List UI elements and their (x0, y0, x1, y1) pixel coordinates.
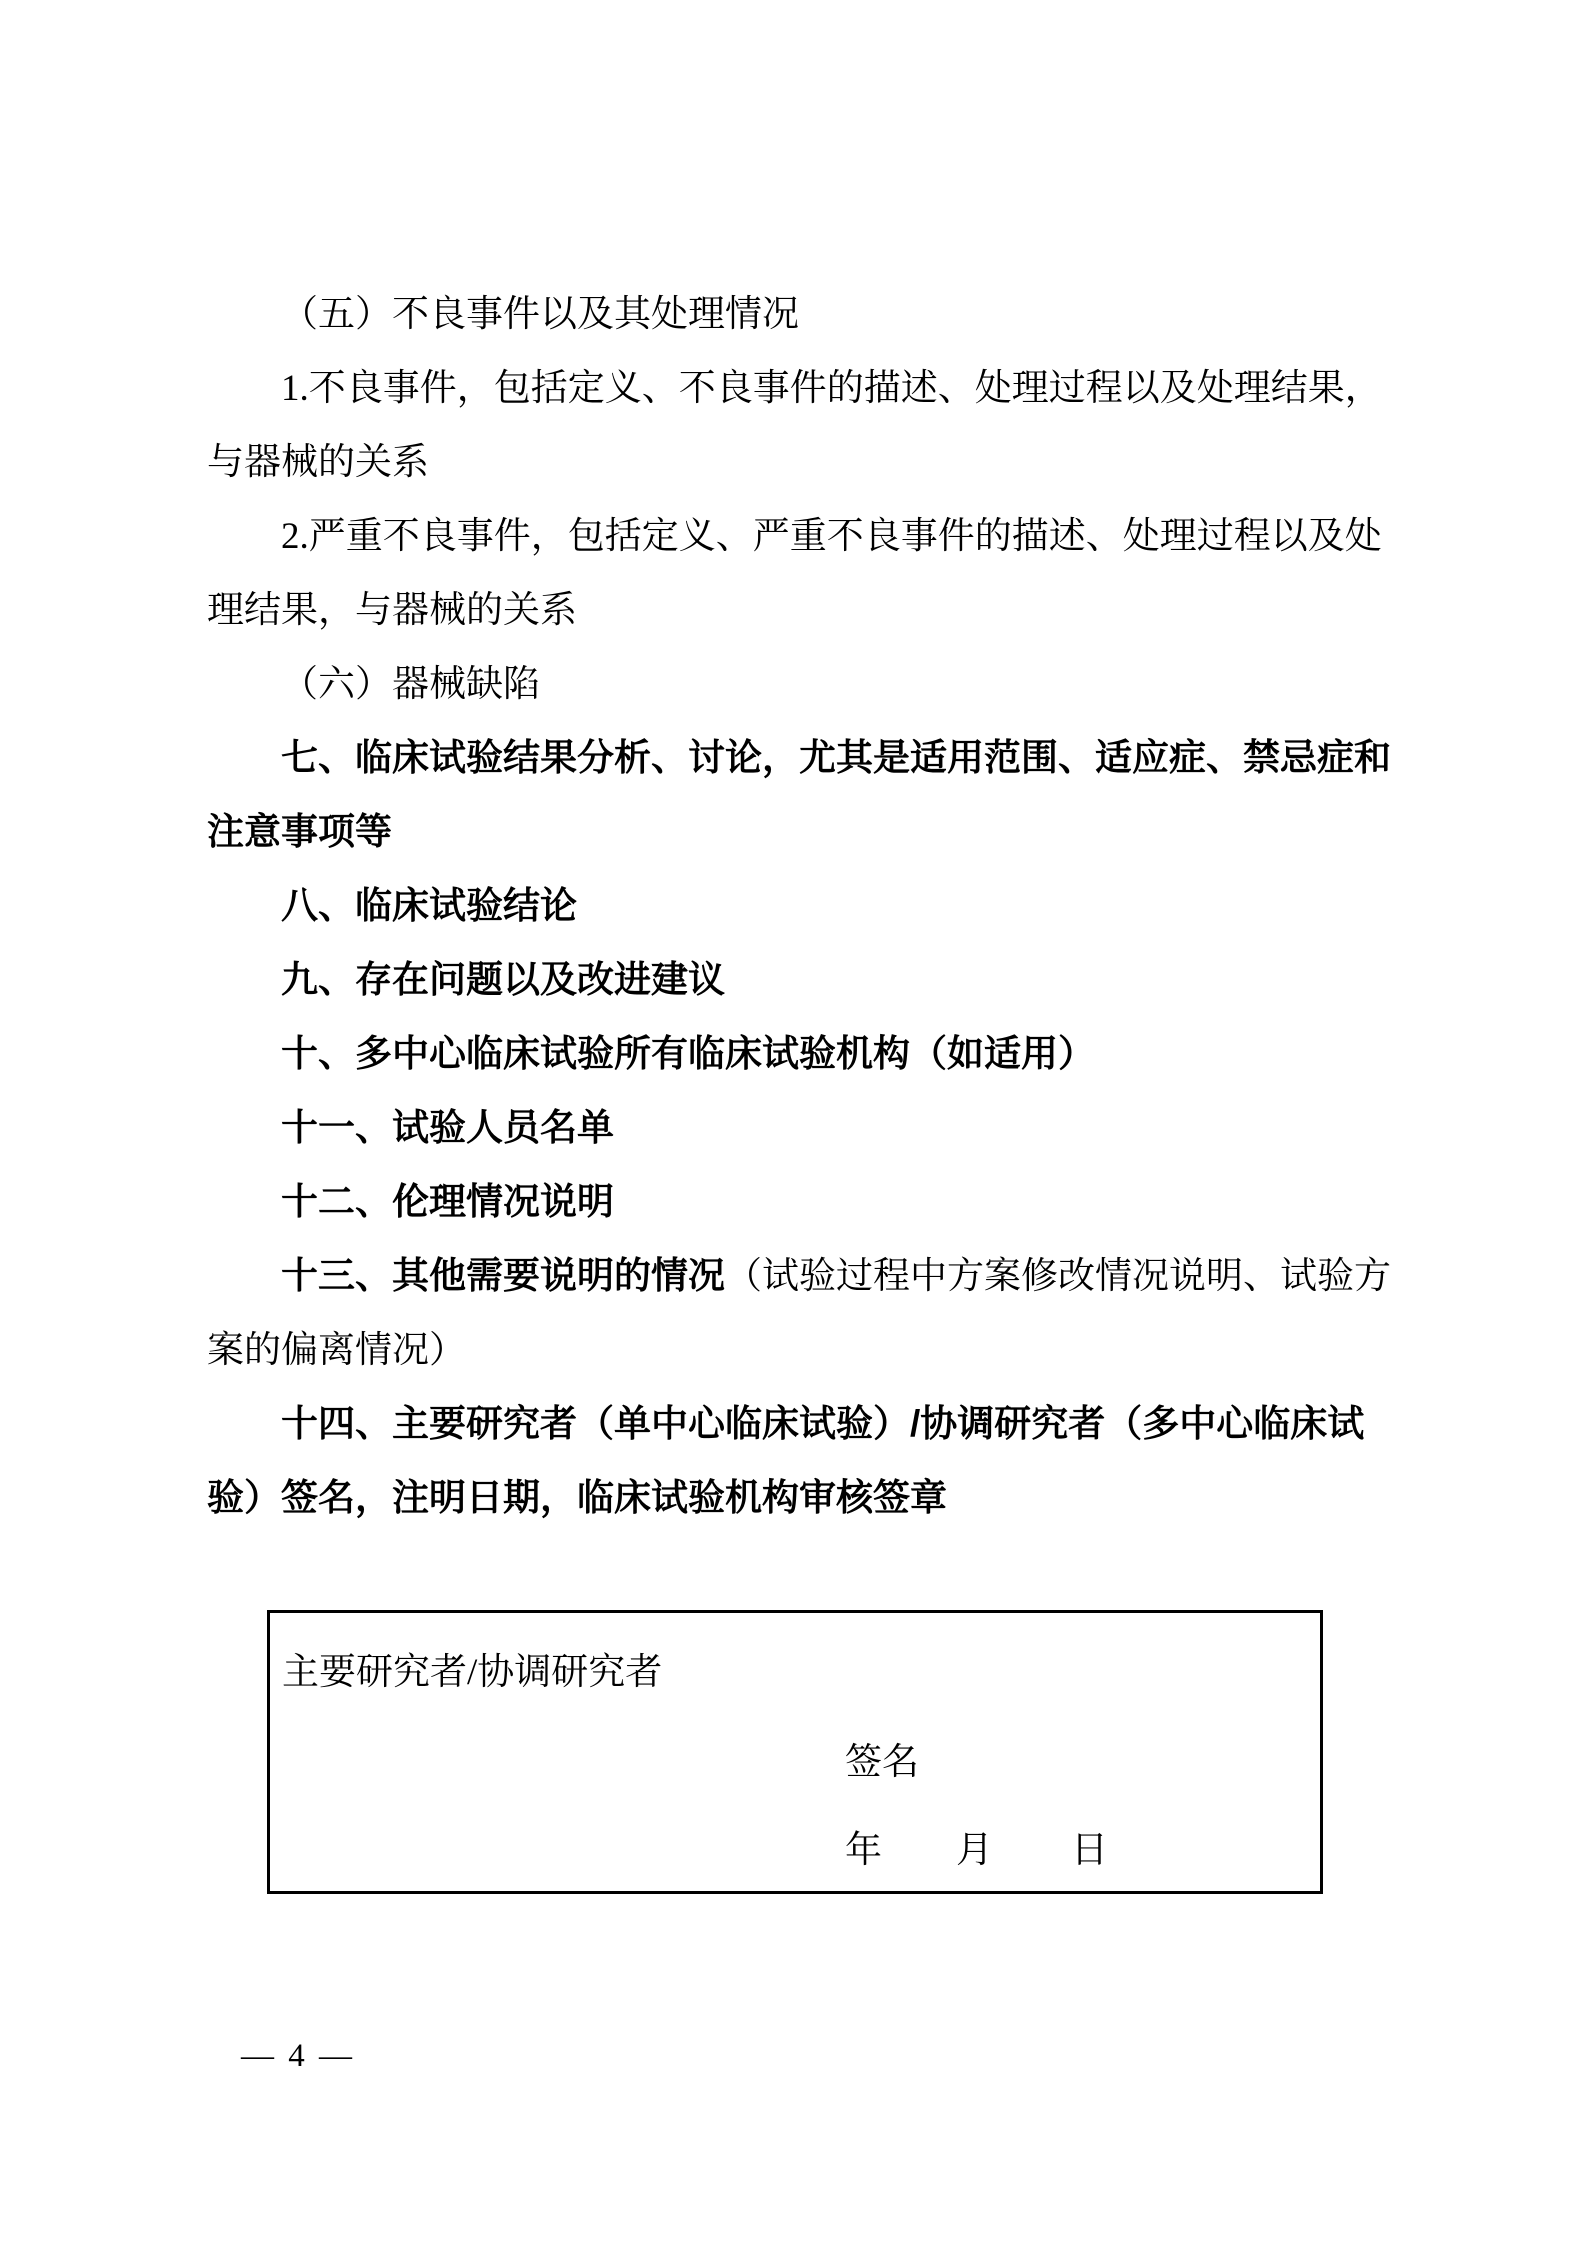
year-label: 年 (845, 1819, 882, 1873)
sae-paragraph-line-1: 2.严重不良事件，包括定义、严重不良事件的描述、处理过程以及处 (207, 495, 1455, 569)
section-7-heading-line-1: 七、临床试验结果分析、讨论，尤其是适用范围、适应症、禁忌症和 (207, 717, 1455, 791)
signature-label: 签名 (845, 1731, 919, 1785)
section-12-heading-line: 十二、伦理情况说明 (207, 1161, 1455, 1235)
principal-investigator-label: 主要研究者/协调研究者 (282, 1641, 662, 1695)
signature-box: 主要研究者/协调研究者 签名 年 月 日 (267, 1610, 1323, 1894)
section-6-heading-line: （六）器械缺陷 (207, 643, 1455, 717)
document-body: （五）不良事件以及其处理情况 1.不良事件，包括定义、不良事件的描述、处理过程以… (207, 273, 1455, 1531)
section-13-heading-bold-text: 十三、其他需要说明的情况 (281, 1245, 725, 1299)
ae-paragraph-line-1: 1.不良事件，包括定义、不良事件的描述、处理过程以及处理结果， (207, 347, 1455, 421)
day-label: 日 (1071, 1819, 1108, 1873)
section-9-heading-line: 九、存在问题以及改进建议 (207, 939, 1455, 1013)
month-label: 月 (956, 1819, 993, 1873)
section-13-heading-note-text: （试验过程中方案修改情况说明、试验方 (725, 1245, 1391, 1299)
section-7-heading-line-2: 注意事项等 (207, 791, 1455, 865)
section-10-heading-line: 十、多中心临床试验所有临床试验机构（如适用） (207, 1013, 1455, 1087)
date-line: 年 月 日 (845, 1819, 1125, 1863)
section-5-heading-line: （五）不良事件以及其处理情况 (207, 273, 1455, 347)
section-8-heading-line: 八、临床试验结论 (207, 865, 1455, 939)
page-number: — 4 — (241, 2038, 355, 2075)
section-13-heading-line-2: 案的偏离情况） (207, 1309, 1455, 1383)
ae-paragraph-line-2: 与器械的关系 (207, 421, 1455, 495)
section-14-heading-line-1: 十四、主要研究者（单中心临床试验）/协调研究者（多中心临床试 (207, 1383, 1455, 1457)
section-13-heading-line-1: 十三、其他需要说明的情况（试验过程中方案修改情况说明、试验方 (207, 1235, 1455, 1309)
document-page: （五）不良事件以及其处理情况 1.不良事件，包括定义、不良事件的描述、处理过程以… (0, 0, 1587, 2245)
section-11-heading-line: 十一、试验人员名单 (207, 1087, 1455, 1161)
sae-paragraph-line-2: 理结果，与器械的关系 (207, 569, 1455, 643)
section-14-heading-line-2: 验）签名，注明日期，临床试验机构审核签章 (207, 1457, 1455, 1531)
